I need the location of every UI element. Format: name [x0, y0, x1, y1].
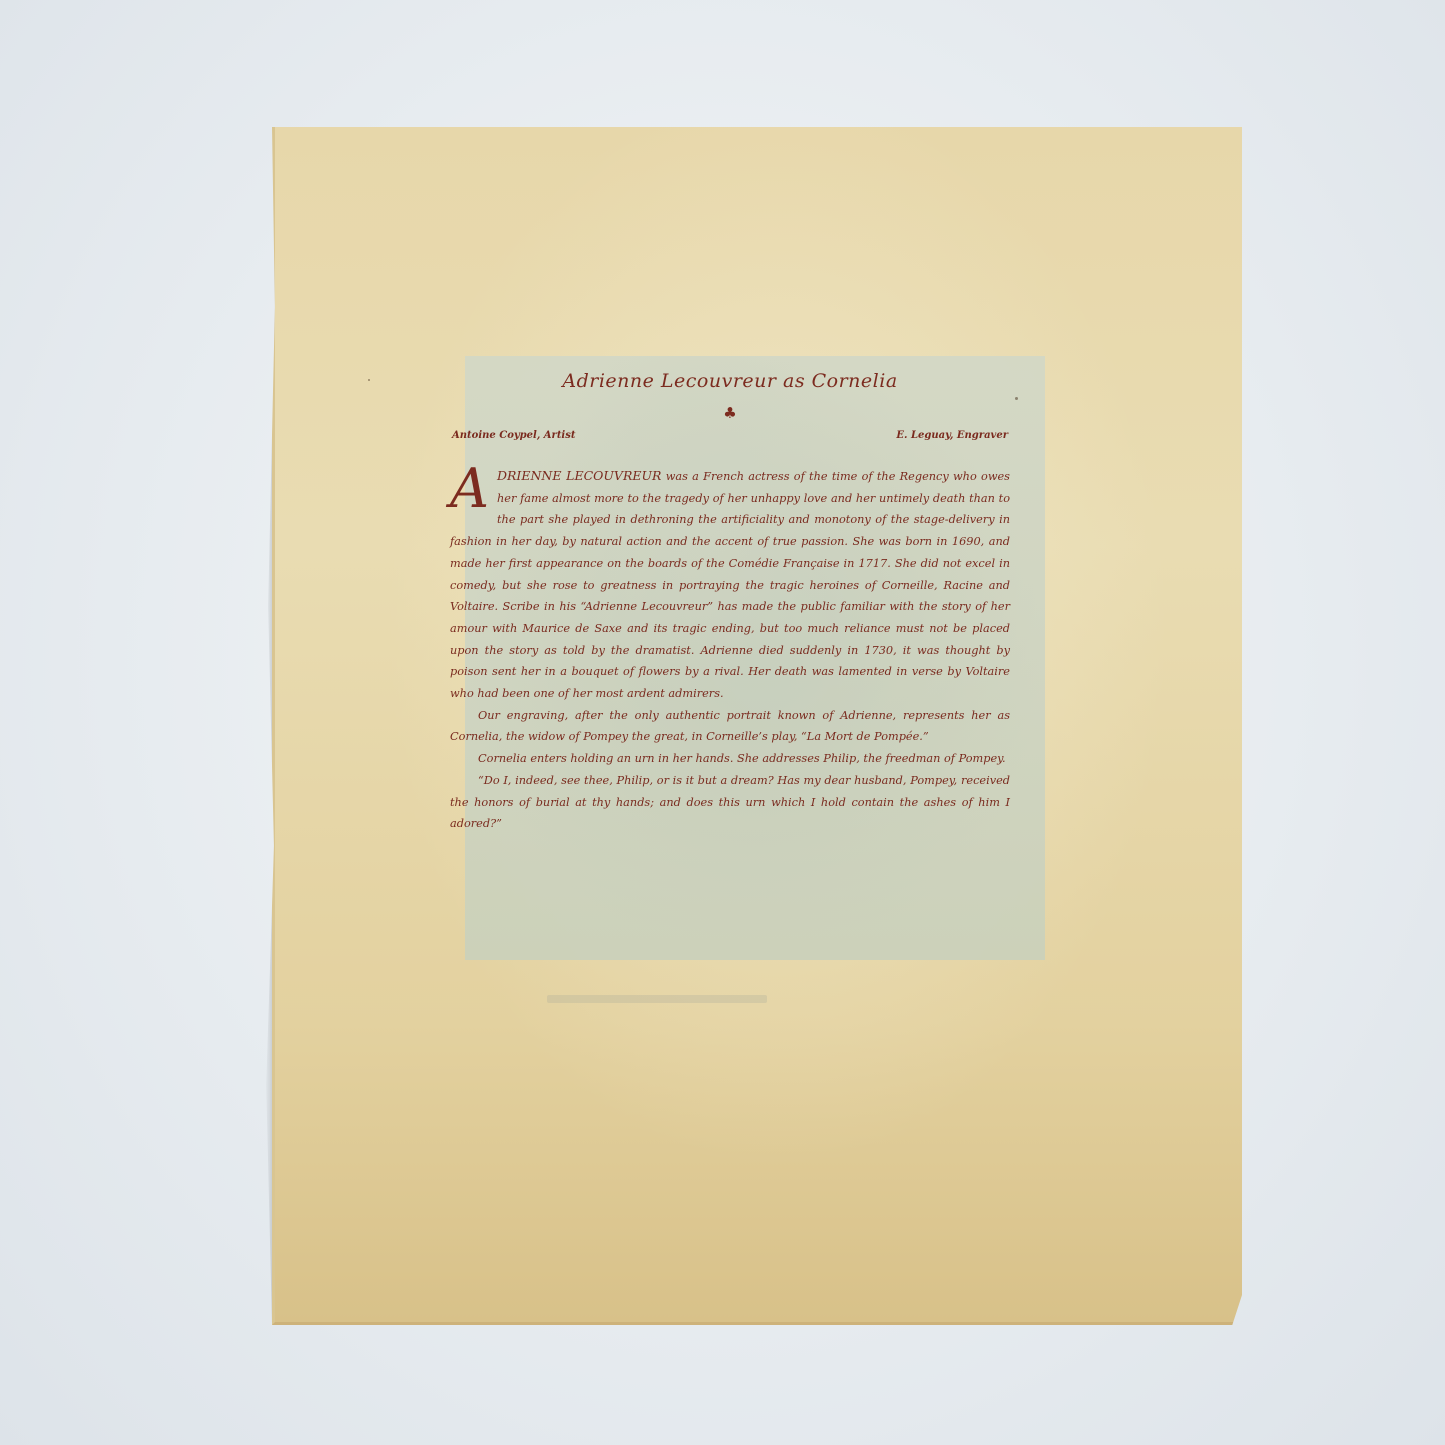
engraver-credit: E. Leguay, Engraver [896, 430, 1008, 441]
artist-credit: Antoine Coypel, Artist [452, 430, 575, 441]
drop-cap: A [450, 467, 489, 511]
paragraph-4-quote: “Do I, indeed, see thee, Philip, or is i… [450, 770, 1010, 835]
paragraph-3: Cornelia enters holding an urn in her ha… [450, 748, 1010, 770]
paragraph-1: ADRIENNE LECOUVREUR was a French actress… [450, 465, 1010, 705]
antique-print-page: Adrienne Lecouvreur as Cornelia ♣ Antoin… [272, 127, 1242, 1325]
page-content: Adrienne Lecouvreur as Cornelia ♣ Antoin… [450, 370, 1010, 835]
credits-line: Antoine Coypel, Artist E. Leguay, Engrav… [450, 430, 1010, 441]
paragraph-2: Our engraving, after the only authentic … [450, 705, 1010, 748]
paper-speck [1015, 397, 1018, 400]
club-ornament-icon: ♣ [450, 404, 1010, 422]
article-body: ADRIENNE LECOUVREUR was a French actress… [450, 465, 1010, 835]
plate-caption-illegible [547, 995, 767, 1003]
paper-speck [368, 379, 370, 381]
paragraph-1-text: was a French actress of the time of the … [450, 470, 1010, 700]
opening-caps: DRIENNE LECOUVREUR [497, 468, 661, 483]
page-title: Adrienne Lecouvreur as Cornelia [450, 370, 1010, 392]
